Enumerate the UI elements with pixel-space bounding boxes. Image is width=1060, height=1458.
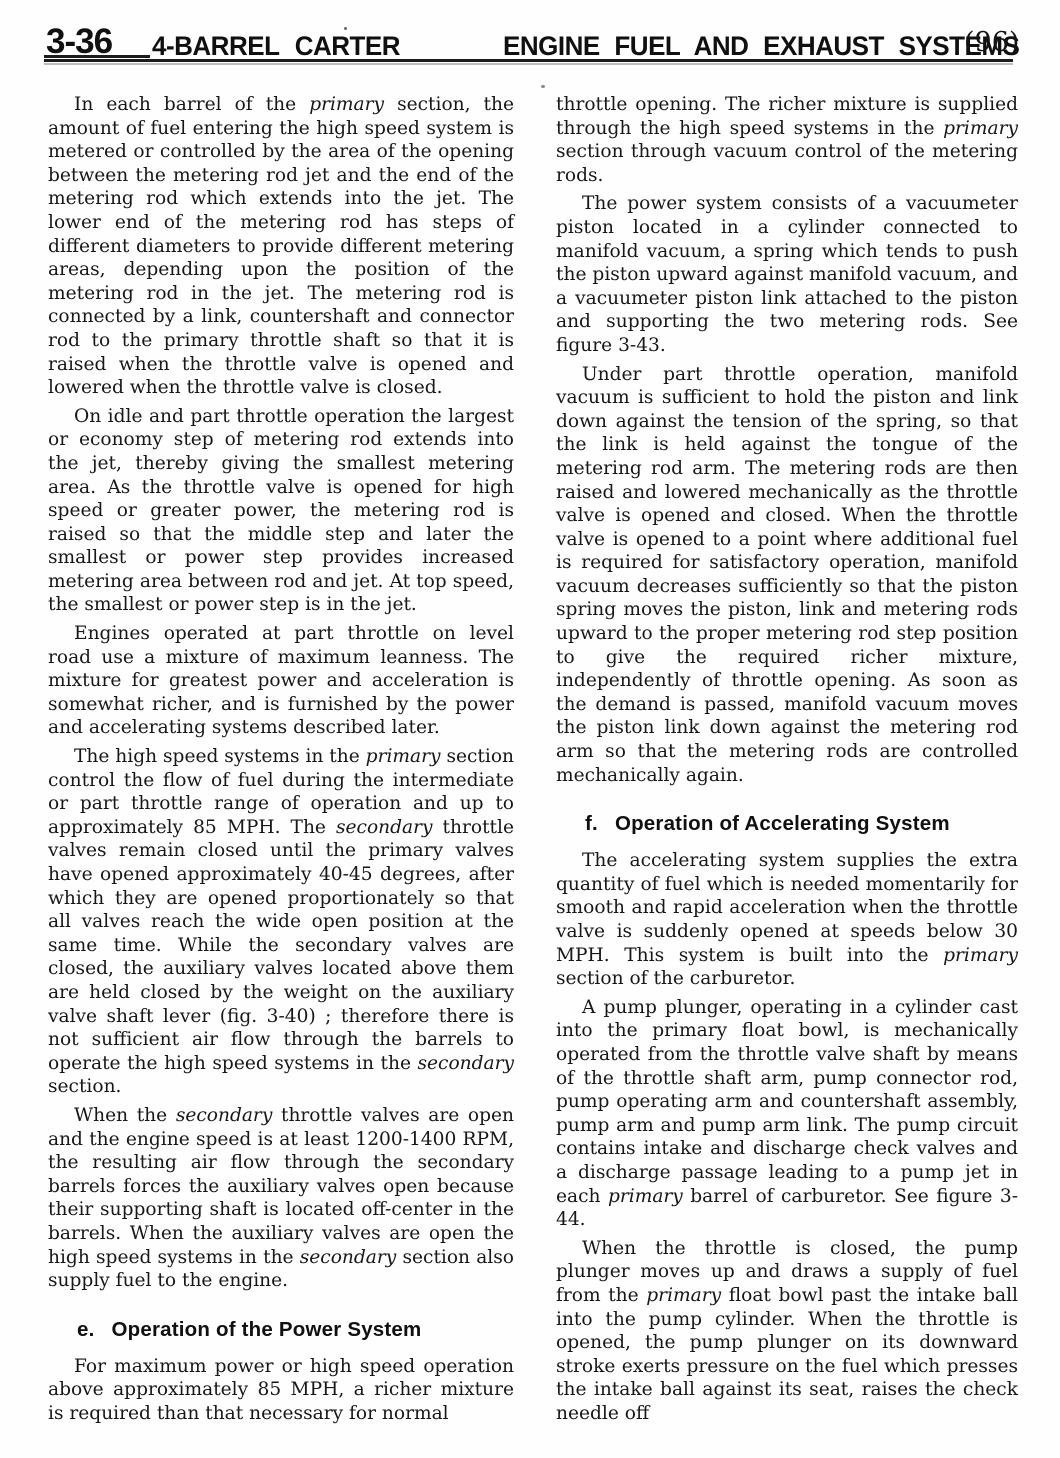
paragraph: When the secondary throttle valves are o… bbox=[48, 1104, 514, 1293]
header-rule-shadow bbox=[44, 63, 1013, 65]
paragraph: The power system consists of a vacuumete… bbox=[556, 192, 1018, 357]
chapter-title: ENGINE FUEL AND EXHAUST SYSTEMS bbox=[503, 30, 1019, 62]
header-rule bbox=[44, 59, 1013, 62]
paragraph: Engines operated at part throttle on lev… bbox=[48, 622, 514, 740]
page-header: 3-36 4-BARREL CARTER ENGINE FUEL AND EXH… bbox=[0, 0, 1060, 70]
text-column-left: In each barrel of the primary section, t… bbox=[48, 93, 514, 1430]
paragraph: The high speed systems in the primary se… bbox=[48, 745, 514, 1099]
scan-speck bbox=[541, 85, 545, 88]
page-number-underline bbox=[44, 55, 150, 58]
paragraph: When the throttle is closed, the pump pl… bbox=[556, 1237, 1018, 1426]
manual-page: 3-36 4-BARREL CARTER ENGINE FUEL AND EXH… bbox=[0, 0, 1060, 1458]
text-column-right: throttle opening. The richer mixture is … bbox=[556, 93, 1018, 1430]
paragraph: In each barrel of the primary section, t… bbox=[48, 93, 514, 400]
paragraph: A pump plunger, operating in a cylinder … bbox=[556, 996, 1018, 1232]
section-title: 4-BARREL CARTER bbox=[152, 30, 400, 62]
section-heading-label: e. bbox=[77, 1318, 95, 1341]
section-heading: e.Operation of the Power System bbox=[77, 1318, 514, 1342]
paragraph: For maximum power or high speed operatio… bbox=[48, 1355, 514, 1426]
page-reference: (96) bbox=[964, 27, 1019, 58]
paragraph: throttle opening. The richer mixture is … bbox=[556, 93, 1018, 187]
section-heading-label: f. bbox=[585, 812, 598, 835]
paragraph: On idle and part throttle operation the … bbox=[48, 405, 514, 617]
paragraph: Under part throttle operation, manifold … bbox=[556, 363, 1018, 788]
scan-speck bbox=[344, 27, 347, 30]
section-heading: f.Operation of Accelerating System bbox=[585, 812, 1018, 836]
paragraph: The accelerating system supplies the ext… bbox=[556, 849, 1018, 991]
